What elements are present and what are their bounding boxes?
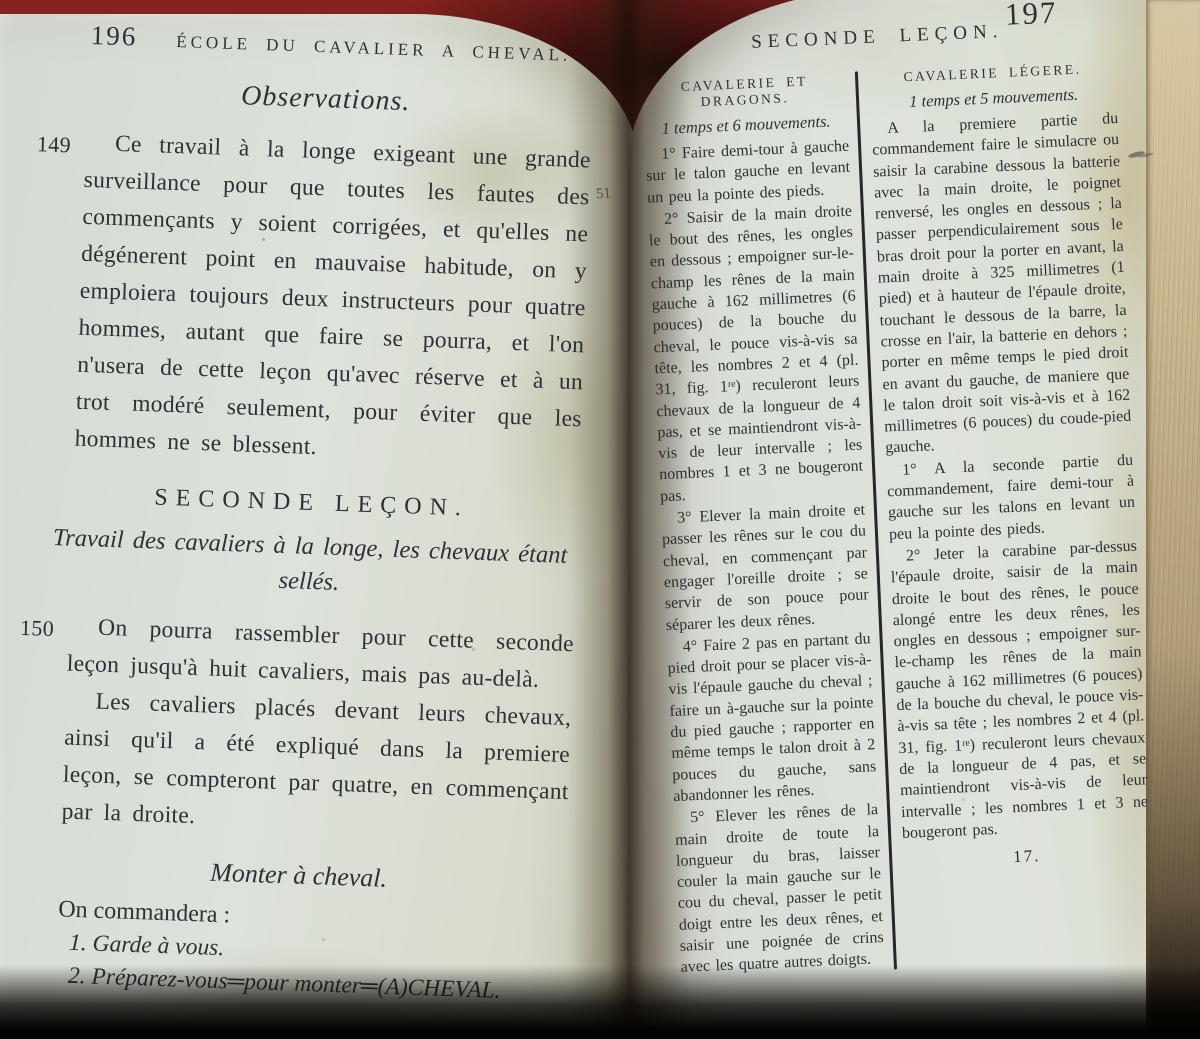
monter-heading: Monter à cheval.	[15, 851, 582, 901]
right-page-content: SECONDE LEÇON. 197 CAVALERIE ET DRAGONS.…	[639, 0, 1154, 978]
book-photo: 196 ÉCOLE DU CAVALIER A CHEVAL. Observat…	[0, 0, 1200, 1039]
dragons-item-1: 1° Faire demi-tour à gauche sur le talon…	[645, 136, 852, 209]
lesson-heading: SECONDE LEÇON.	[28, 480, 595, 527]
legere-item-1: 1° A la seconde partie du commandement, …	[886, 449, 1136, 545]
dragons-item-4: 4° Faire 2 pas en partant du pied droit …	[666, 628, 877, 807]
signature-mark: 17.	[903, 841, 1151, 872]
left-page-content: 196 ÉCOLE DU CAVALIER A CHEVAL. Observat…	[12, 18, 612, 1007]
dragons-item-2: 2° Saisir de la main droite le bout des …	[648, 201, 865, 508]
fore-edge-pages	[1146, 0, 1200, 1039]
legere-column-header: CAVALERIE LÉGERE.	[869, 60, 1116, 87]
dragons-column: CAVALERIE ET DRAGONS. 1 temps et 6 mouve…	[642, 71, 894, 978]
article-149-number: 149	[36, 125, 71, 163]
right-page-number: 197	[1004, 0, 1058, 33]
legere-column: CAVALERIE LÉGERE. 1 temps et 5 mouvement…	[858, 60, 1155, 969]
legere-intro: A la premiere partie du commandement fai…	[871, 108, 1133, 459]
article-150-number: 150	[19, 609, 54, 647]
left-page-number: 196	[90, 20, 138, 53]
observations-heading: Observations.	[42, 73, 609, 125]
article-149-paragraph: 149Ce travail à la longe exigeant une gr…	[74, 125, 591, 475]
dragons-tempo: 1 temps et 6 mouvements.	[644, 111, 849, 140]
article-150-text: On pourra rassembler pour cette seconde …	[66, 615, 574, 693]
dragons-item-3: 3° Elever la main droite et passer les r…	[661, 499, 870, 636]
cavaliers-paragraph: Les cavaliers placés devant leurs chevau…	[61, 683, 572, 849]
foxing-specks	[262, 238, 265, 241]
dragons-column-header: CAVALERIE ET DRAGONS.	[642, 72, 847, 113]
legere-item-2: 2° Jeter la carabine par-dessus l'épaule…	[890, 536, 1150, 845]
two-column-layout: CAVALERIE ET DRAGONS. 1 temps et 6 mouve…	[642, 60, 1155, 978]
dragons-item-5: 5° Elever les rênes de la main droite de…	[674, 799, 885, 978]
article-149-text: Ce travail à la longe exigeant une grand…	[74, 131, 591, 460]
lesson-subtitle: Travail des cavaliers à la longe, les ch…	[25, 519, 593, 609]
gutter-margin-number-fragment: 51	[595, 185, 611, 203]
